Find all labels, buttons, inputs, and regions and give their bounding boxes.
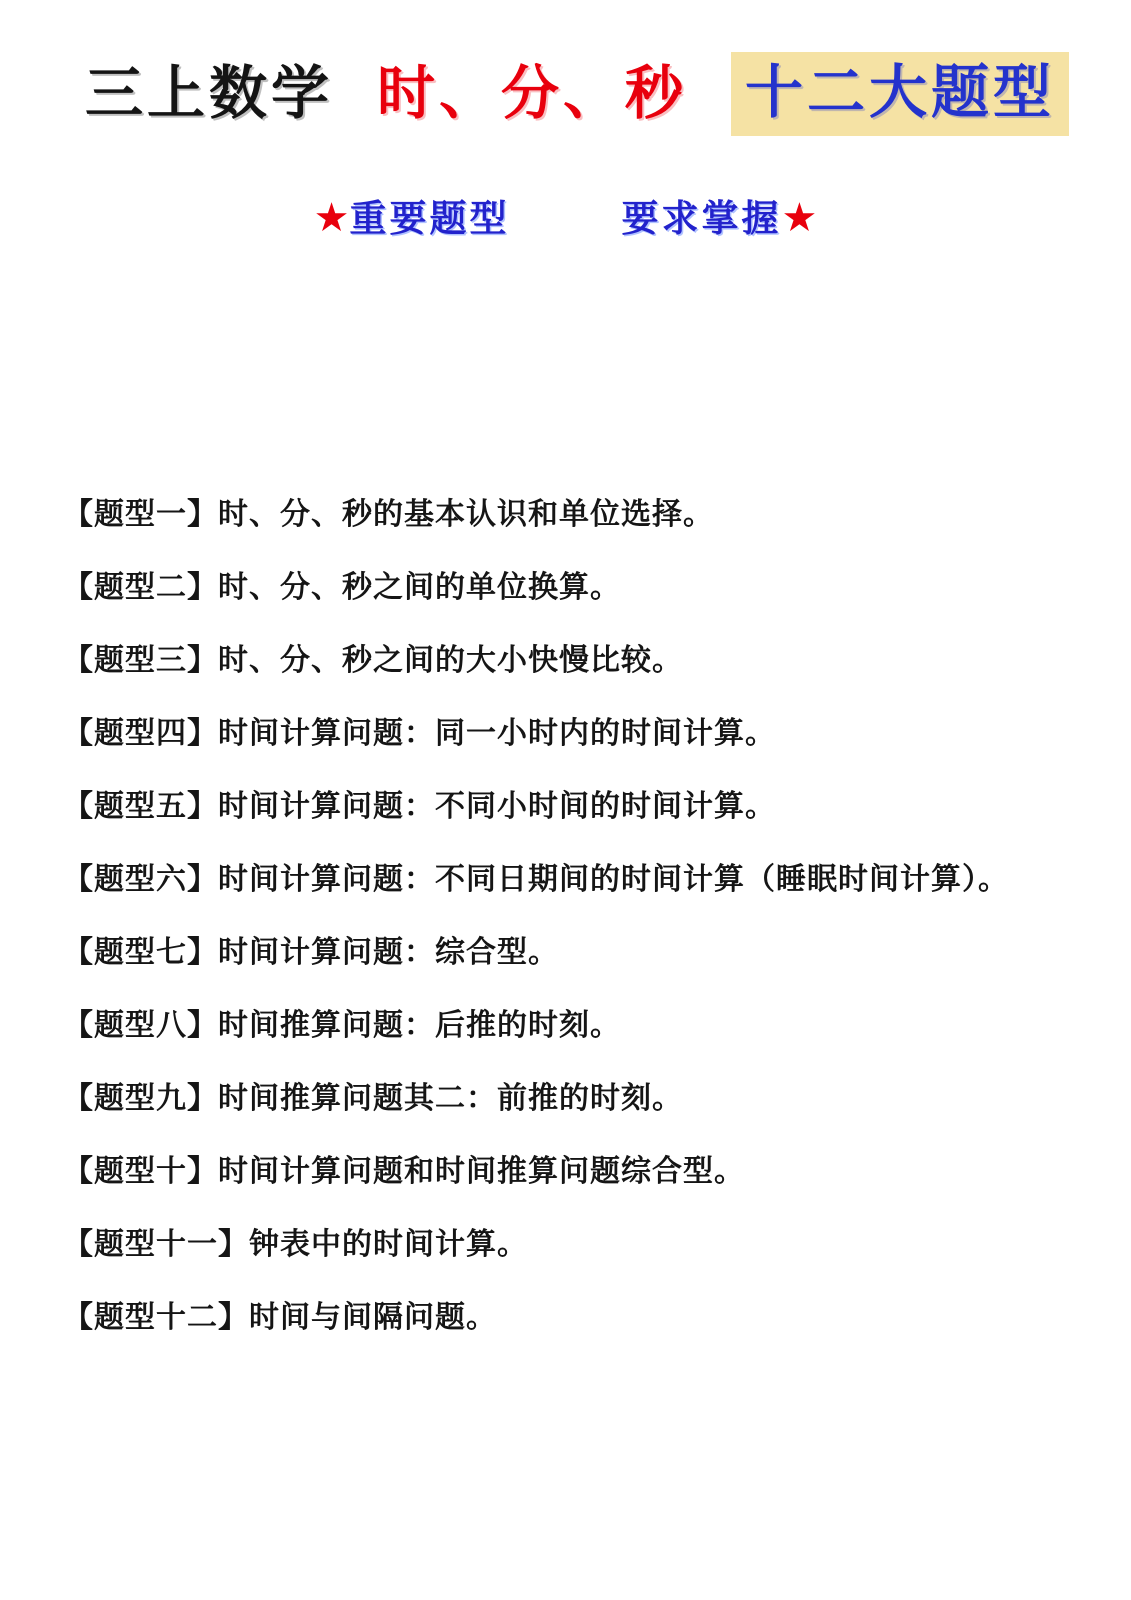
item-text: 时间计算问题：同一小时内的时间计算。 [218,717,776,750]
list-item: 【题型九】时间推算问题其二：前推的时刻。 [63,1084,1091,1114]
item-text: 时、分、秒的基本认识和单位选择。 [218,498,714,531]
item-label: 【题型七】 [63,936,218,969]
item-label: 【题型九】 [63,1082,218,1115]
item-label: 【题型十一】 [63,1228,249,1261]
subtitle-right: 要求掌握 ★ [622,198,818,238]
list-item: 【题型四】时间计算问题：同一小时内的时间计算。 [63,719,1091,749]
item-label: 【题型六】 [63,863,218,896]
title-highlight: 十二大题型 [731,52,1069,136]
list-item: 【题型十】时间计算问题和时间推算问题综合型。 [63,1157,1091,1187]
item-text: 时间推算问题其二：前推的时刻。 [218,1082,683,1115]
list-item: 【题型二】时、分、秒之间的单位换算。 [63,573,1091,603]
title-grade: 三上数学 [85,65,333,123]
subtitle: ★ 重要题型 要求掌握 ★ [0,198,1131,238]
subtitle-left-text: 重要题型 [350,200,510,237]
star-icon: ★ [782,198,818,238]
item-text: 时间计算问题：综合型。 [218,936,559,969]
subtitle-left: ★ 重要题型 [314,198,510,238]
list-item: 【题型六】时间计算问题：不同日期间的时间计算（睡眠时间计算）。 [63,865,1091,895]
item-label: 【题型五】 [63,790,218,823]
item-label: 【题型四】 [63,717,218,750]
item-label: 【题型三】 [63,644,218,677]
list-item: 【题型五】时间计算问题：不同小时间的时间计算。 [63,792,1091,822]
list-item: 【题型三】时、分、秒之间的大小快慢比较。 [63,646,1091,676]
title-topic: 时、分、秒 [377,65,687,123]
list-item: 【题型八】时间推算问题：后推的时刻。 [63,1011,1091,1041]
list-item: 【题型七】时间计算问题：综合型。 [63,938,1091,968]
item-text: 时间计算问题和时间推算问题综合型。 [218,1155,745,1188]
item-text: 时间与间隔问题。 [249,1301,497,1334]
item-text: 时间计算问题：不同日期间的时间计算（睡眠时间计算）。 [218,863,1009,896]
item-text: 时、分、秒之间的大小快慢比较。 [218,644,683,677]
item-label: 【题型十二】 [63,1301,249,1334]
item-label: 【题型二】 [63,571,218,604]
star-icon: ★ [314,198,350,238]
page-title: 三上数学 时、分、秒 十二大题型 [0,0,1131,136]
item-text: 时间计算问题：不同小时间的时间计算。 [218,790,776,823]
document-page: 三上数学 时、分、秒 十二大题型 ★ 重要题型 要求掌握 ★ 【题型一】时、分、… [0,0,1131,1600]
item-text: 时间推算问题：后推的时刻。 [218,1009,621,1042]
question-type-list: 【题型一】时、分、秒的基本认识和单位选择。 【题型二】时、分、秒之间的单位换算。… [0,500,1131,1333]
list-item: 【题型十一】钟表中的时间计算。 [63,1230,1091,1260]
item-text: 钟表中的时间计算。 [249,1228,528,1261]
list-item: 【题型一】时、分、秒的基本认识和单位选择。 [63,500,1091,530]
item-label: 【题型八】 [63,1009,218,1042]
item-text: 时、分、秒之间的单位换算。 [218,571,621,604]
item-label: 【题型一】 [63,498,218,531]
subtitle-right-text: 要求掌握 [622,200,782,237]
list-item: 【题型十二】时间与间隔问题。 [63,1303,1091,1333]
item-label: 【题型十】 [63,1155,218,1188]
